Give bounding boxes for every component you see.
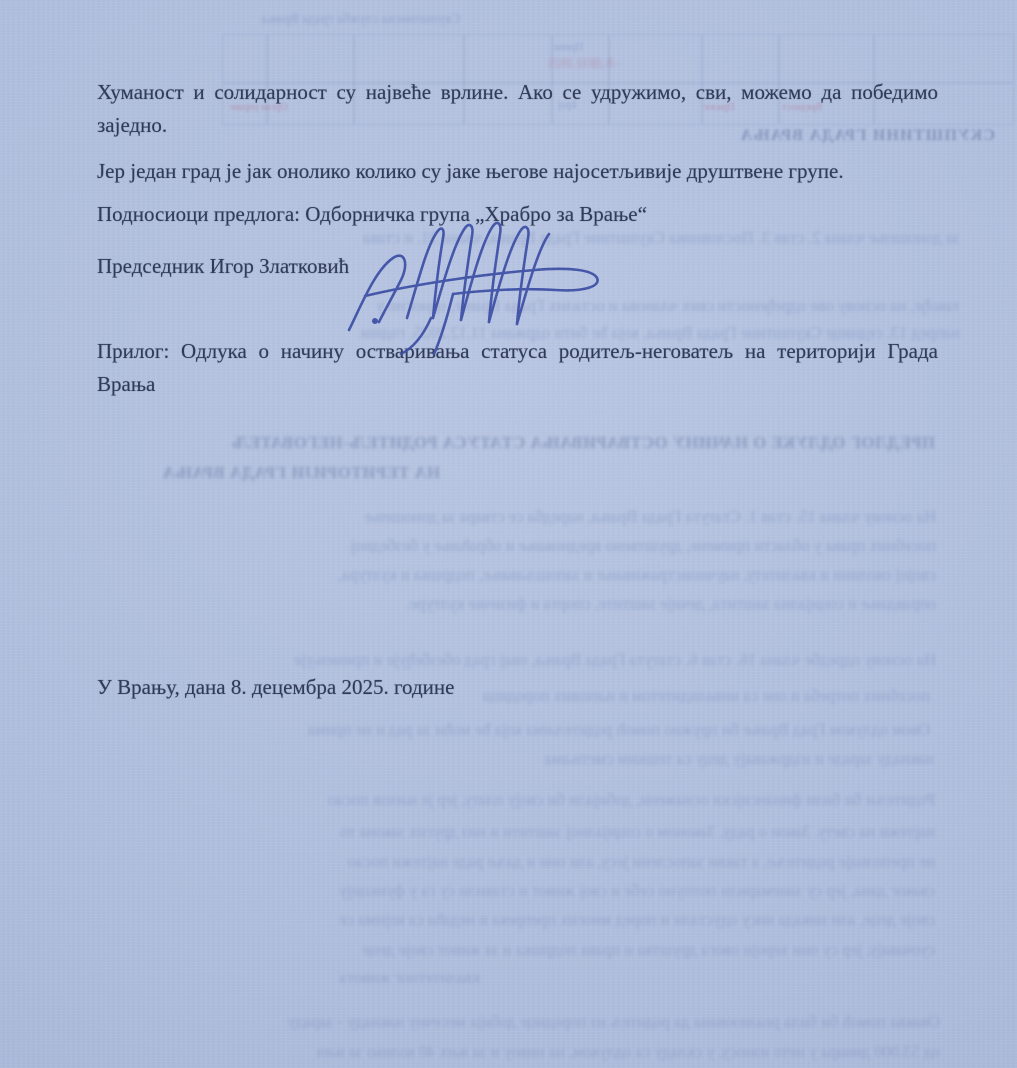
bleedthrough-line: својој околини и квалитету, научноистраж… <box>88 565 936 585</box>
bleedthrough-stamp-label-prima: Прима: <box>552 42 583 53</box>
paragraph-humanity-line2: заједно. <box>97 109 938 142</box>
bleedthrough-line: суочавају, јер су они хероји овога друшт… <box>95 940 935 960</box>
bleedthrough-line: На основу одредбе члана 16. став 6. стат… <box>88 650 936 670</box>
bleedthrough-line: не препознаје родитеље, а такви запослен… <box>95 852 935 872</box>
bleedthrough-header-line: Скупштинска служба града Врања <box>250 11 460 27</box>
bleedthrough-line: оправдање и социјална заштита, дечије за… <box>88 594 936 614</box>
attachment-line2: Врања <box>97 368 938 401</box>
bleedthrough-decision-heading: ПРЕДЛОГ ОДЛУКЕ О НАЧИНУ ОСТВАРИВАЊА СТАТ… <box>90 433 935 453</box>
signature-ink <box>335 218 607 358</box>
bleedthrough-line: Оваква помоћ би била реализована да роди… <box>95 1012 940 1032</box>
bleedthrough-stamp-date: - 8 ДЕЦ 2025 <box>548 55 621 71</box>
signature-stroke <box>401 318 431 354</box>
bleedthrough-line: Родитељи би били финансијски оснажени, д… <box>95 790 935 810</box>
signature-ink-dot <box>372 318 378 324</box>
bleedthrough-line: од 53.000 динара у нето износу, у складу… <box>95 1042 940 1062</box>
bleedthrough-line: своје деце, али никада нису одустали и п… <box>95 910 935 930</box>
bleedthrough-line: Овом одлуком Град Врање би пружио помоћ … <box>110 720 930 740</box>
bleedthrough-line: сваког дана, јер су занемарили потпуно с… <box>95 881 935 901</box>
bleedthrough-line: На основу члана 15. став 1. Статута Град… <box>88 507 936 527</box>
bleedthrough-decision-heading: НА ТЕРИТОРИЈИ ГРАДА ВРАЊА <box>90 463 440 483</box>
bleedthrough-line: најтежи на свету. Закон о раду, Законом … <box>95 822 935 842</box>
paragraph-humanity-line1: Хуманост и солидарност су највеће врлине… <box>97 76 938 109</box>
bleedthrough-line: квалитетног живота <box>150 968 480 988</box>
bleedthrough-line: накнаду зараде и издржавају децу са тешк… <box>389 749 934 769</box>
paragraph-city-strength: Јер један град је јак онолико колико су … <box>97 155 938 188</box>
date-place-line: У Врању, дана 8. децембра 2025. године <box>97 671 938 704</box>
scanned-document-page: { "page": { "paper_color": "#b0bfde", "i… <box>0 0 1017 1068</box>
bleedthrough-line: посебних права у области примене, друштв… <box>88 536 936 556</box>
